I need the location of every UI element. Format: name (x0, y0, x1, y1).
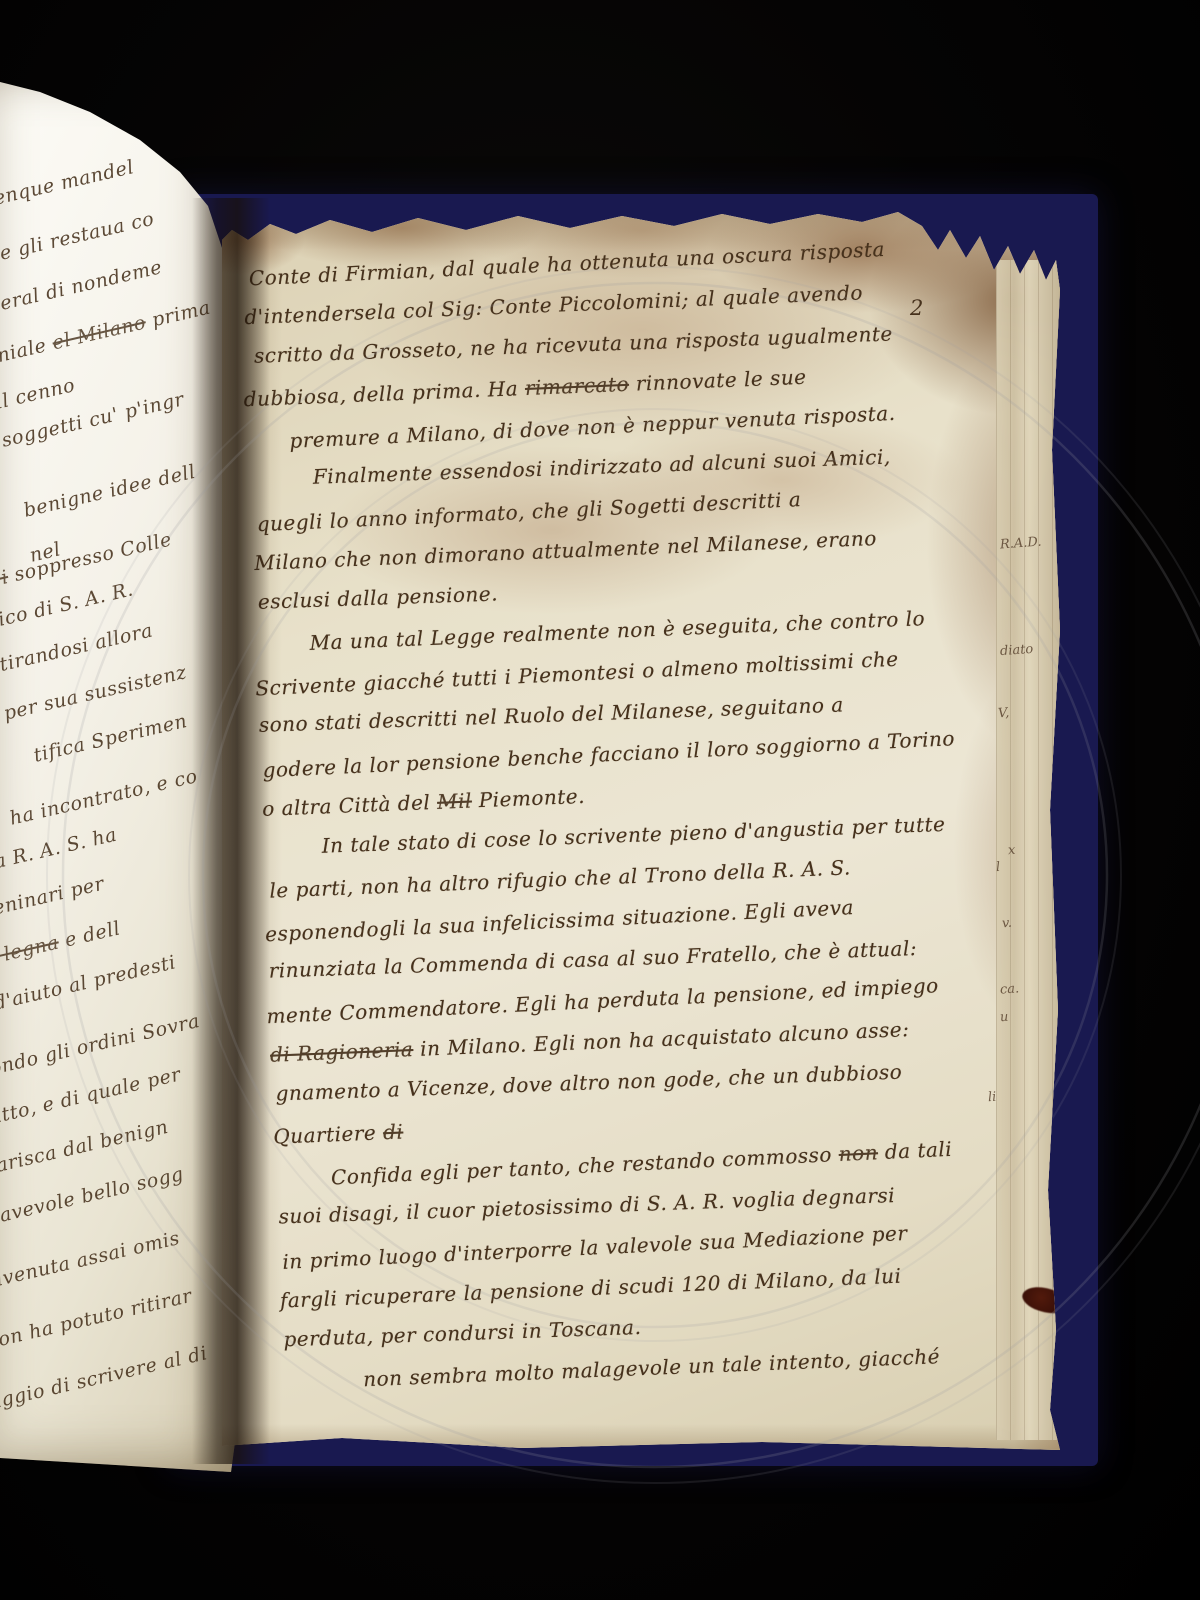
struck-word: el Milano (50, 311, 148, 354)
left-page-fragment: e gli restaua co (0, 208, 156, 265)
left-page-fragment: e legna e dell (0, 917, 123, 969)
struck-word: ei (0, 566, 11, 592)
left-page-fragment: enque mandel (0, 156, 136, 210)
struck-word: e legna (0, 932, 61, 970)
left-page-fragment: divenuta assai omis (0, 1227, 182, 1294)
left-page-fragment: geral di nondeme (0, 256, 164, 318)
manuscript-photo: enque mandele gli restaua cogeral di non… (0, 0, 1200, 1600)
struck-word: rimarcato (524, 372, 629, 400)
left-page-fragment: benigne idee dell (22, 461, 198, 522)
manuscript-text-block: Conte di Firmian, dal quale ha ottenuta … (248, 224, 1079, 1403)
struck-word: di Ragioneria (270, 1037, 414, 1067)
left-page-fragment: il cenno (0, 374, 77, 414)
left-page-fragment: aggio di scrivere al di (0, 1342, 210, 1414)
right-page: R.A.D.diatoV,xlv.ca.uli Conte di Firmian… (222, 210, 1060, 1450)
left-page-fragment: ha incontrato, e co (8, 765, 200, 830)
page-number: 2 (910, 296, 923, 320)
struck-word: non (838, 1140, 878, 1166)
left-page-fragment: nico di S. A. R. (0, 578, 135, 633)
left-page: enque mandele gli restaua cogeral di non… (0, 80, 240, 1475)
struck-word: Mil (437, 788, 473, 813)
left-page-fragment: non ha potuto ritirar (0, 1285, 194, 1354)
left-page-fragment: ritirandosi allora (0, 619, 155, 679)
struck-word: di (383, 1119, 404, 1144)
left-page-fragment: tifica Sperimen (32, 710, 190, 767)
left-page-fragment: reninari per (0, 873, 106, 922)
left-page-fragment: ei soppresso Colle (0, 528, 174, 591)
left-page-fragment: la R. A. S. ha (0, 824, 119, 875)
left-page-fragment: avevole bello sogg (0, 1163, 186, 1227)
